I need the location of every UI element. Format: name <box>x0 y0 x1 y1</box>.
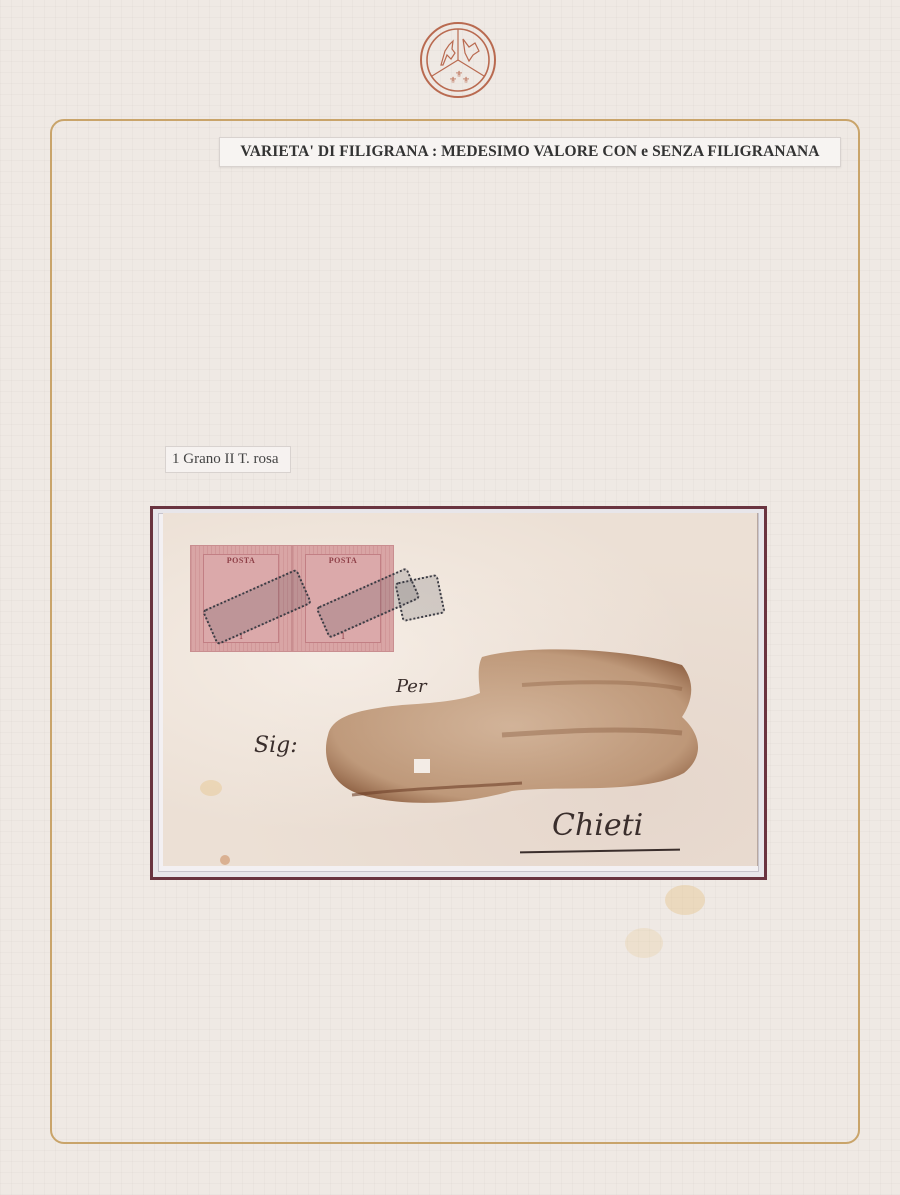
foxing-spot <box>625 928 663 958</box>
handwriting-destination: Chieti <box>552 808 643 843</box>
foxing-spot <box>220 855 230 865</box>
monogram-emblem-icon: ⚜ ⚜ ⚜ <box>419 21 497 99</box>
handwriting-salutation: Sig: <box>254 733 298 758</box>
page-title: VARIETA' DI FILIGRANA : MEDESIMO VALORE … <box>240 143 819 161</box>
item-label: 1 Grano II T. rosa <box>172 451 279 468</box>
foxing-spot <box>200 780 222 796</box>
item-label-box: 1 Grano II T. rosa <box>165 446 291 473</box>
stamp-top-text: POSTA <box>293 556 393 565</box>
stamp-top-text: POSTA <box>191 556 291 565</box>
page-title-banner: VARIETA' DI FILIGRANA : MEDESIMO VALORE … <box>219 137 841 167</box>
foxing-spot <box>665 885 705 915</box>
water-stain <box>322 645 702 805</box>
handwriting-per: Per <box>396 676 427 697</box>
svg-text:⚜: ⚜ <box>462 76 470 86</box>
